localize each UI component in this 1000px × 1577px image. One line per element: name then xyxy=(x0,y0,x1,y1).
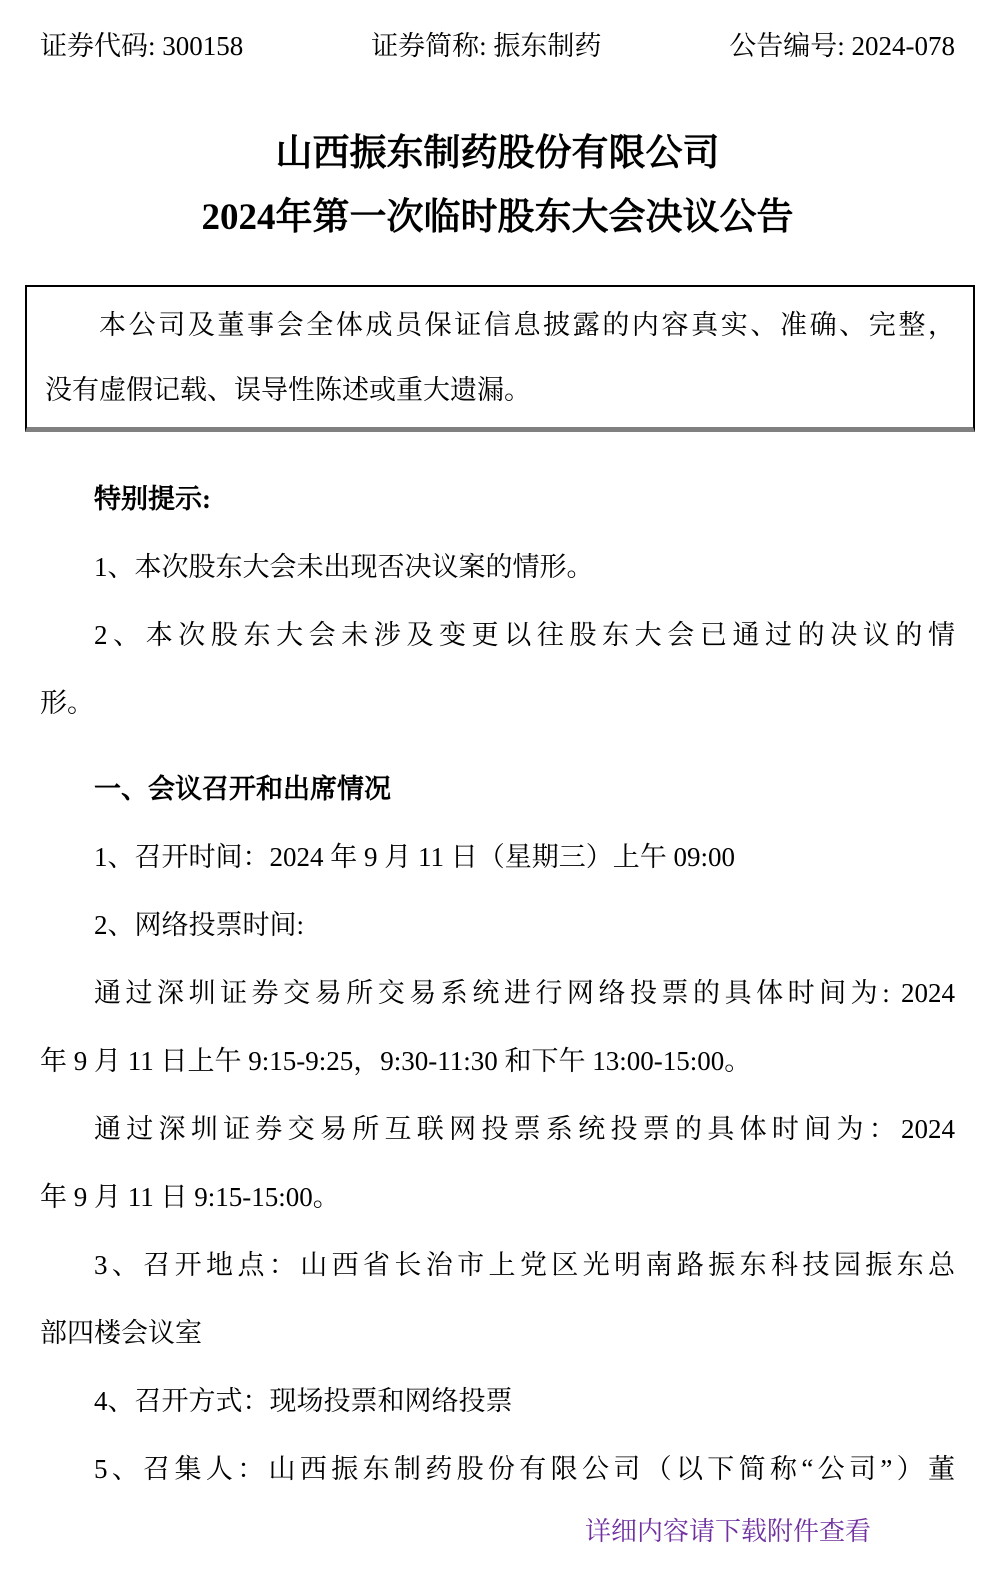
special-note-heading: 特别提示: xyxy=(40,465,955,533)
disclaimer-line-2: 没有虚假记载、误导性陈述或重大遗漏。 xyxy=(45,358,955,423)
announcement-number: 公告编号: 2024-078 xyxy=(729,26,955,66)
document-header: 证券代码: 300158 证券简称: 振东制药 公告编号: 2024-078 xyxy=(40,0,955,66)
special-note-item-2-cont: 形。 xyxy=(40,669,955,737)
online-voting-time-heading: 2、网络投票时间: xyxy=(40,891,955,959)
meeting-place-line-2: 部四楼会议室 xyxy=(40,1299,955,1367)
meeting-place-line-1: 3、召开地点：山西省长治市上党区光明南路振东科技园振东总 xyxy=(40,1231,955,1299)
meeting-time-line: 1、召开时间：2024 年 9 月 11 日（星期三）上午 09:00 xyxy=(40,823,955,891)
stock-name: 证券简称: 振东制药 xyxy=(371,26,601,66)
announcement-title: 2024年第一次临时股东大会决议公告 xyxy=(40,186,955,250)
internet-voting-line-1: 通过深圳证券交易所互联网投票系统投票的具体时间为：2024 xyxy=(40,1095,955,1163)
trading-system-voting-line-2: 年 9 月 11 日上午 9:15-9:25，9:30-11:30 和下午 13… xyxy=(40,1027,955,1095)
download-attachment-link[interactable]: 详细内容请下载附件查看 xyxy=(585,1512,871,1552)
stock-code: 证券代码: 300158 xyxy=(40,26,243,66)
special-note-item-1: 1、本次股东大会未出现否决议案的情形。 xyxy=(40,533,955,601)
trading-system-voting-line-1: 通过深圳证券交易所交易系统进行网络投票的具体时间为: 2024 xyxy=(40,959,955,1027)
internet-voting-line-2: 年 9 月 11 日 9:15-15:00。 xyxy=(40,1163,955,1231)
document-body: 特别提示: 1、本次股东大会未出现否决议案的情形。 2、本次股东大会未涉及变更以… xyxy=(40,465,955,1503)
disclaimer-line-1: 本公司及董事会全体成员保证信息披露的内容真实、准确、完整， xyxy=(45,293,955,358)
section-1-heading: 一、会议召开和出席情况 xyxy=(40,755,955,823)
convener-line: 5、召集人：山西振东制药股份有限公司（以下简称“公司”）董 xyxy=(40,1435,955,1503)
disclaimer-box: 本公司及董事会全体成员保证信息披露的内容真实、准确、完整， 没有虚假记载、误导性… xyxy=(25,285,975,432)
announcement-document: 证券代码: 300158 证券简称: 振东制药 公告编号: 2024-078 山… xyxy=(0,0,1000,1577)
meeting-method-line: 4、召开方式：现场投票和网络投票 xyxy=(40,1367,955,1435)
company-title: 山西振东制药股份有限公司 xyxy=(40,122,955,186)
special-note-item-2: 2、本次股东大会未涉及变更以往股东大会已通过的决议的情 xyxy=(40,601,955,669)
